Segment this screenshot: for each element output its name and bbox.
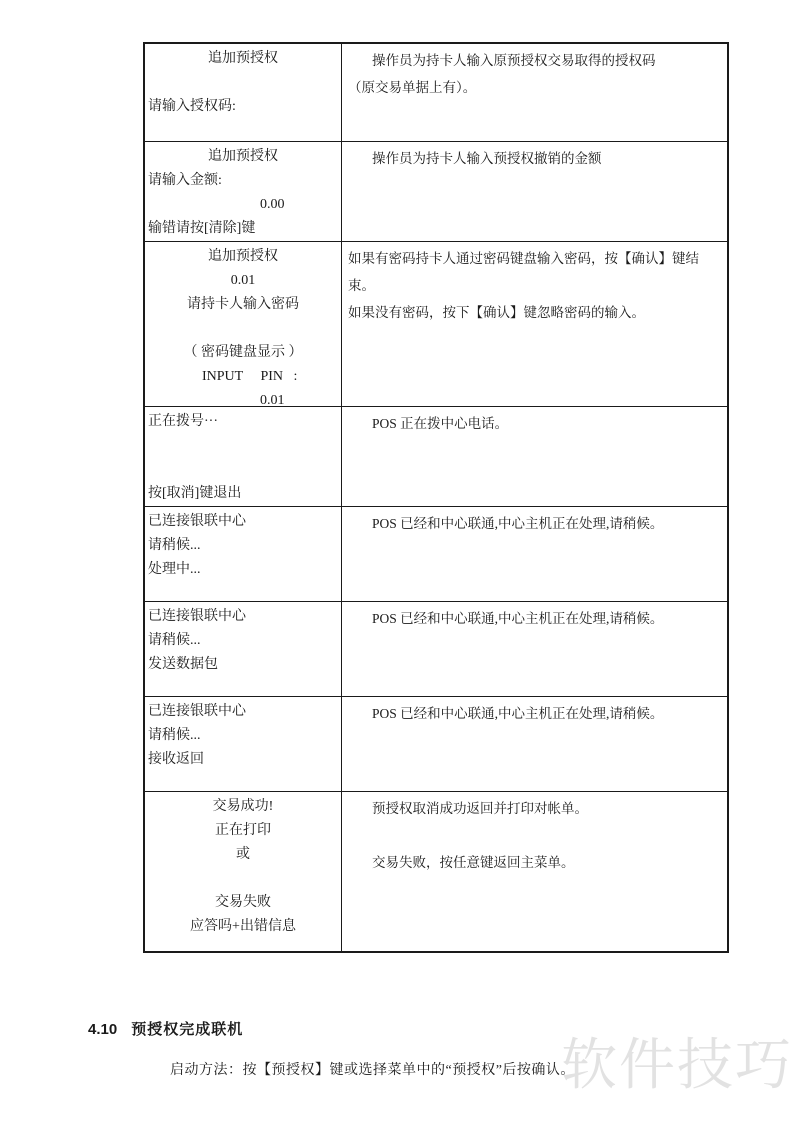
screen-cell: 追加预授权0.01请持卡人输入密码 （ 密码键盘显示 ）INPUT PIN :0… [145, 242, 342, 406]
screen-line: 请稍候... [145, 534, 341, 558]
description-line: POS 已经和中心联通,中心主机正在处理,请稍候。 [345, 510, 723, 537]
screen-cell: 已连接银联中心请稍候...接收返回 [145, 697, 342, 791]
description-line: POS 已经和中心联通,中心主机正在处理,请稍候。 [345, 700, 723, 727]
screen-cell: 追加预授权 请输入授权码: [145, 44, 342, 141]
screen-line: 交易失败 [145, 891, 341, 915]
description-line: 如果有密码持卡人通过密码键盘输入密码，按【确认】键结束。 [345, 245, 723, 299]
watermark-text: 软件技巧 [561, 1034, 793, 1096]
screen-line: 请输入金额: [145, 169, 341, 193]
table-row: 追加预授权0.01请持卡人输入密码 （ 密码键盘显示 ）INPUT PIN :0… [145, 242, 727, 407]
screen-line [145, 71, 341, 95]
screen-line: 交易成功! [145, 795, 341, 819]
table-row: 交易成功!正在打印或 交易失败应答吗+出错信息预授权取消成功返回并打印对帐单。 … [145, 792, 727, 951]
screen-line: 正在打印 [145, 819, 341, 843]
screen-line: 追加预授权 [145, 47, 341, 71]
screen-line: 追加预授权 [145, 145, 341, 169]
description-line: 操作员为持卡人输入预授权撤销的金额 [345, 145, 723, 172]
table-row: 已连接银联中心请稍候...发送数据包POS 已经和中心联通,中心主机正在处理,请… [145, 602, 727, 697]
description-line: （原交易单据上有）。 [345, 74, 723, 101]
description-cell: 操作员为持卡人输入原预授权交易取得的授权码（原交易单据上有）。 [342, 44, 727, 141]
screen-line [145, 867, 341, 891]
screen-line: 已连接银联中心 [145, 700, 341, 724]
description-line: 预授权取消成功返回并打印对帐单。 [345, 795, 723, 822]
screen-line [145, 317, 341, 341]
description-line: 交易失败，按任意键返回主菜单。 [345, 849, 723, 876]
screen-line: 已连接银联中心 [145, 510, 341, 534]
screen-cell: 已连接银联中心请稍候...发送数据包 [145, 602, 342, 696]
screen-line: 处理中... [145, 558, 341, 582]
screen-line [145, 458, 341, 482]
screen-line: 请稍候... [145, 629, 341, 653]
screen-cell: 已连接银联中心请稍候...处理中... [145, 507, 342, 601]
screen-line: 请持卡人输入密码 [145, 293, 341, 317]
screen-line: 输错请按[清除]键 [145, 217, 341, 241]
section-heading: 4.10预授权完成联机 [88, 1018, 243, 1039]
screen-line: 接收返回 [145, 748, 341, 772]
table-row: 已连接银联中心请稍候...接收返回POS 已经和中心联通,中心主机正在处理,请稍… [145, 697, 727, 792]
screen-line [145, 434, 341, 458]
screen-line: 或 [145, 843, 341, 867]
description-line: POS 正在拨中心电话。 [345, 410, 723, 437]
screen-line: 0.01 [145, 389, 341, 406]
screen-cell: 正在拨号··· 按[取消]键退出 [145, 407, 342, 506]
table-row: 追加预授权 请输入授权码:操作员为持卡人输入原预授权交易取得的授权码（原交易单据… [145, 44, 727, 142]
description-cell: POS 已经和中心联通,中心主机正在处理,请稍候。 [342, 697, 727, 791]
screen-cell: 追加预授权请输入金额:0.00输错请按[清除]键 [145, 142, 342, 241]
description-cell: POS 已经和中心联通,中心主机正在处理,请稍候。 [342, 602, 727, 696]
screen-line: 0.00 [145, 193, 341, 217]
screen-line: 正在拨号··· [145, 410, 341, 434]
description-line: POS 已经和中心联通,中心主机正在处理,请稍候。 [345, 605, 723, 632]
screen-line: 请输入授权码: [145, 95, 341, 119]
screen-line: 应答吗+出错信息 [145, 915, 341, 939]
screen-line: 已连接银联中心 [145, 605, 341, 629]
description-cell: 预授权取消成功返回并打印对帐单。 交易失败，按任意键返回主菜单。 [342, 792, 727, 951]
screen-line: 按[取消]键退出 [145, 482, 341, 506]
screen-line: 0.01 [145, 269, 341, 293]
description-cell: POS 已经和中心联通,中心主机正在处理,请稍候。 [342, 507, 727, 601]
pos-flow-table: 追加预授权 请输入授权码:操作员为持卡人输入原预授权交易取得的授权码（原交易单据… [143, 42, 729, 953]
section-number: 4.10 [88, 1021, 117, 1038]
table-row: 已连接银联中心请稍候...处理中...POS 已经和中心联通,中心主机正在处理,… [145, 507, 727, 602]
screen-line: 发送数据包 [145, 653, 341, 677]
screen-line: 追加预授权 [145, 245, 341, 269]
table-row: 正在拨号··· 按[取消]键退出POS 正在拨中心电话。 [145, 407, 727, 507]
screen-line: （ 密码键盘显示 ） [145, 341, 341, 365]
description-cell: POS 正在拨中心电话。 [342, 407, 727, 506]
table-row: 追加预授权请输入金额:0.00输错请按[清除]键操作员为持卡人输入预授权撤销的金… [145, 142, 727, 242]
screen-cell: 交易成功!正在打印或 交易失败应答吗+出错信息 [145, 792, 342, 951]
section-title: 预授权完成联机 [131, 1021, 243, 1038]
document-page: 软件技巧 追加预授权 请输入授权码:操作员为持卡人输入原预授权交易取得的授权码（… [0, 0, 800, 1132]
description-line: 如果没有密码，按下【确认】键忽略密码的输入。 [345, 299, 723, 326]
screen-line: 请稍候... [145, 724, 341, 748]
screen-line: INPUT PIN : [145, 365, 341, 389]
description-line: 操作员为持卡人输入原预授权交易取得的授权码 [345, 47, 723, 74]
section-body-text: 启动方法：按【预授权】键或选择菜单中的“预授权”后按确认。 [170, 1059, 575, 1079]
description-cell: 操作员为持卡人输入预授权撤销的金额 [342, 142, 727, 241]
description-line [345, 822, 723, 849]
description-cell: 如果有密码持卡人通过密码键盘输入密码，按【确认】键结束。如果没有密码，按下【确认… [342, 242, 727, 406]
